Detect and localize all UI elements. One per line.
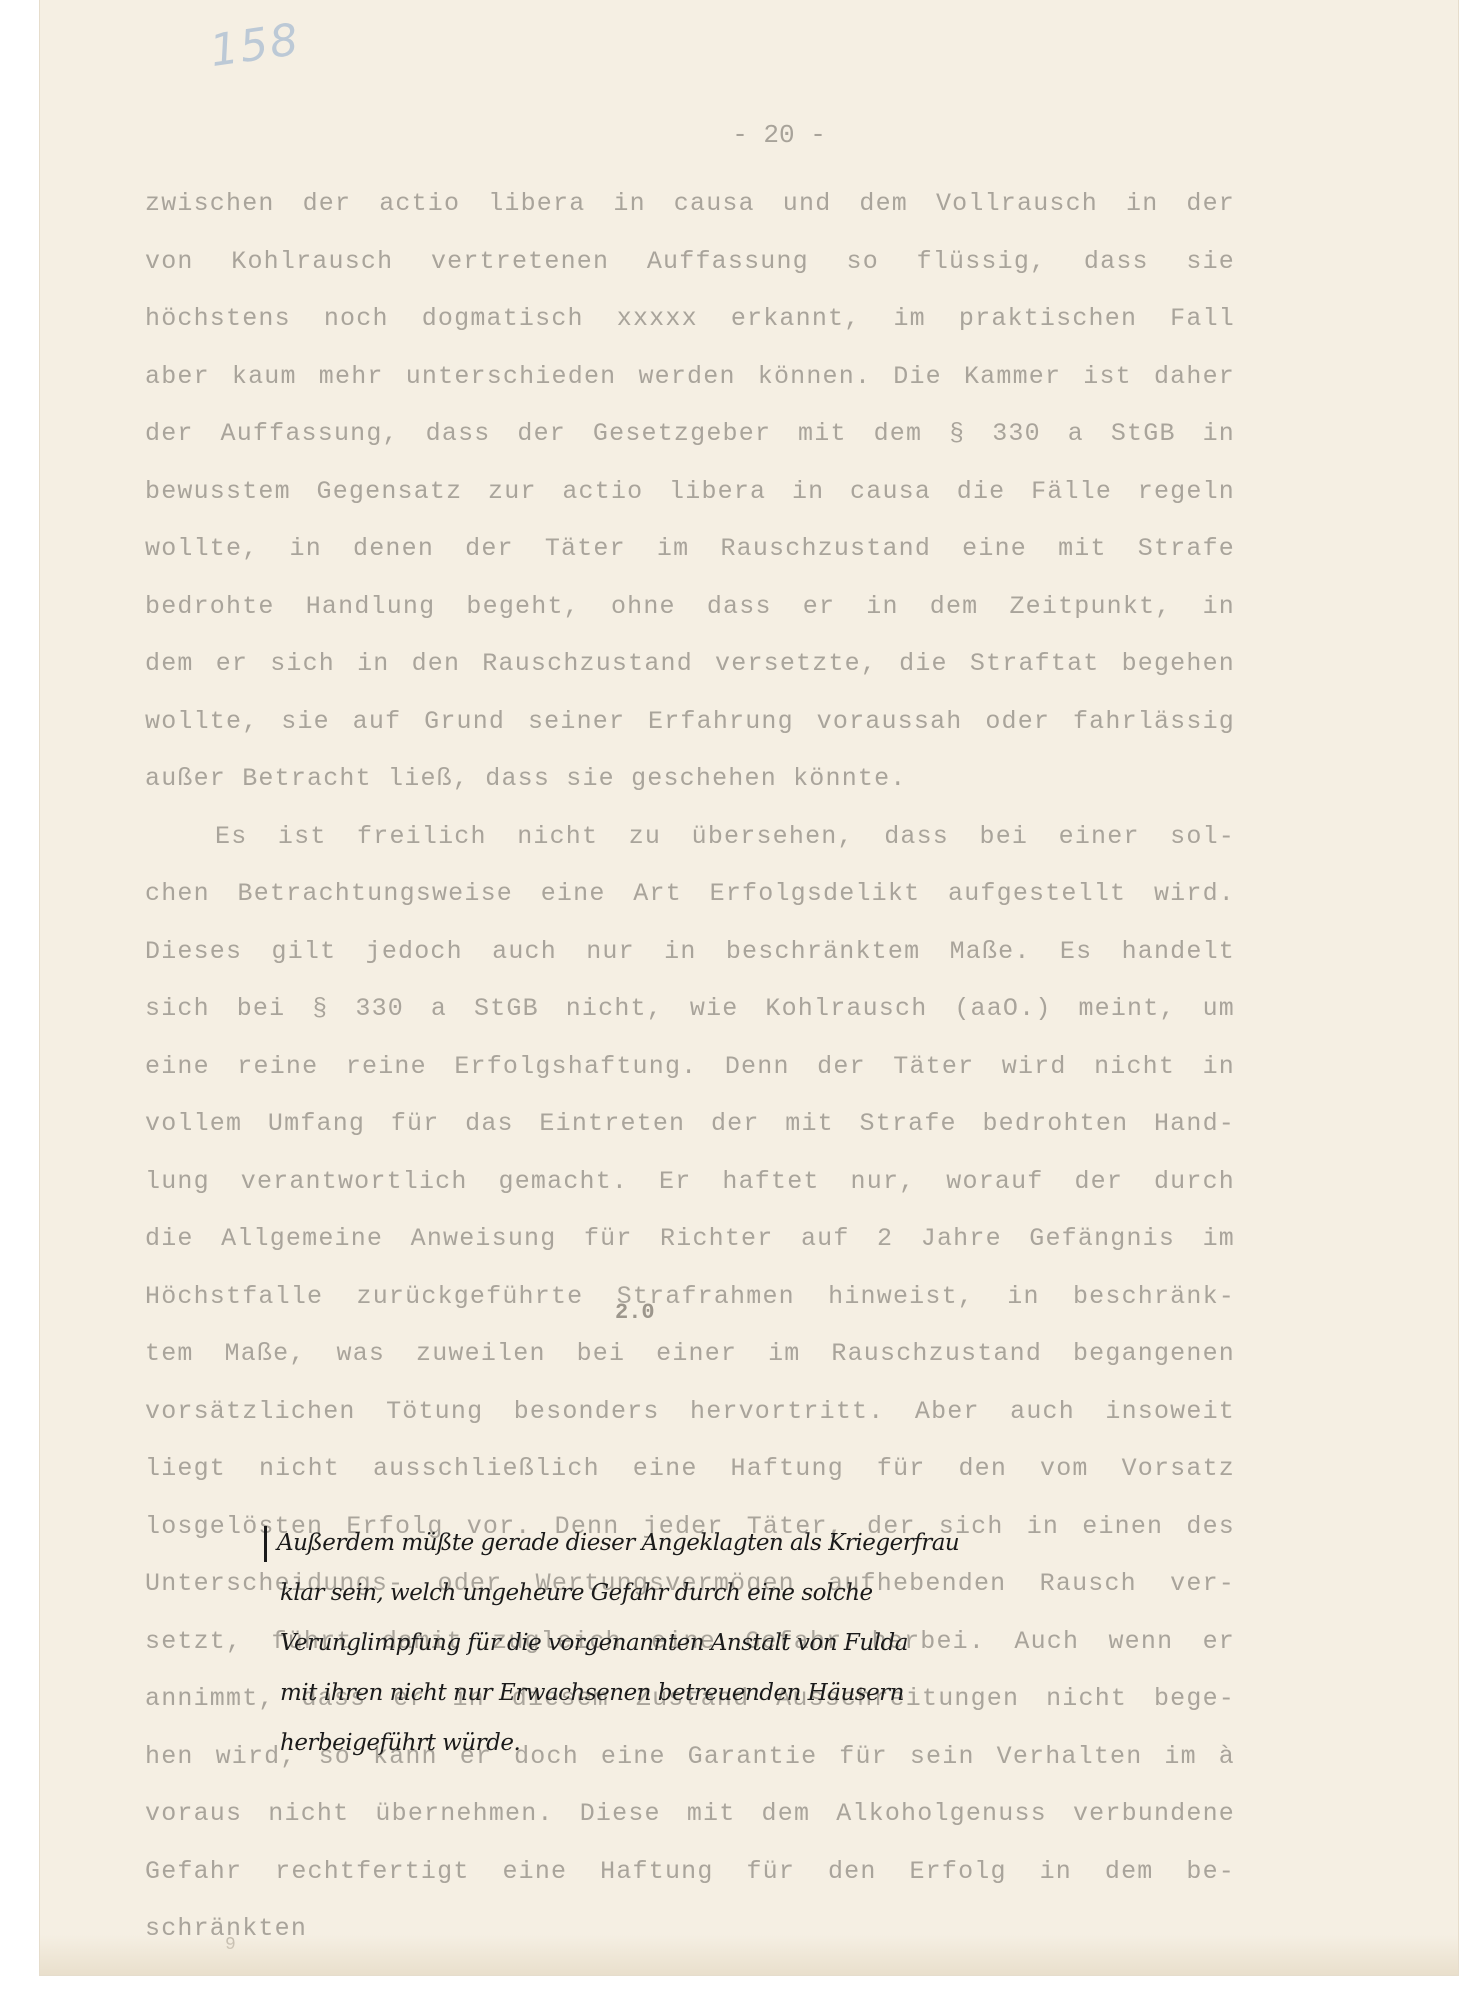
typed-line: tem Maße, was zuweilen bei einer im Raus… bbox=[145, 1325, 1235, 1383]
footer-mark: 9 bbox=[225, 1935, 236, 1955]
typed-line: wollte, in denen der Täter im Rauschzust… bbox=[145, 520, 1235, 578]
handwritten-line: Außerdem müßte gerade dieser Angeklagten… bbox=[280, 1518, 1260, 1568]
typed-line: eine reine reine Erfolgshaftung. Denn de… bbox=[145, 1038, 1235, 1096]
typed-line: Dieses gilt jedoch auch nur in beschränk… bbox=[145, 923, 1235, 981]
handwritten-note: Außerdem müßte gerade dieser Angeklagten… bbox=[280, 1518, 1260, 1768]
typed-line: Es ist freilich nicht zu übersehen, dass… bbox=[145, 808, 1235, 866]
typed-line: liegt nicht ausschließlich eine Haftung … bbox=[145, 1440, 1235, 1498]
typed-line: wollte, sie auf Grund seiner Erfahrung v… bbox=[145, 693, 1235, 751]
typed-line: der Auffassung, dass der Gesetzgeber mit… bbox=[145, 405, 1235, 463]
typed-line: sich bei § 330 a StGB nicht, wie Kohlrau… bbox=[145, 980, 1235, 1038]
handwritten-line: herbeigeführt würde. bbox=[280, 1718, 1260, 1768]
typed-line: Höchstfalle zurückgeführte Strafrahmen h… bbox=[145, 1268, 1235, 1326]
typed-line: zwischen der actio libera in causa und d… bbox=[145, 175, 1235, 233]
typed-line: lung verantwortlich gemacht. Er haftet n… bbox=[145, 1153, 1235, 1211]
typed-line: höchstens noch dogmatisch xxxxx erkannt,… bbox=[145, 290, 1235, 348]
typed-line: von Kohlrausch vertretenen Auffassung so… bbox=[145, 233, 1235, 291]
margin-annotation: 2.0 bbox=[615, 1300, 655, 1325]
typed-line: außer Betracht ließ, dass sie geschehen … bbox=[145, 750, 1235, 808]
typed-line: vorsätzlichen Tötung besonders hervortri… bbox=[145, 1383, 1235, 1441]
typed-line: bewusstem Gegensatz zur actio libera in … bbox=[145, 463, 1235, 521]
pencil-folio-number: 158 bbox=[207, 14, 303, 77]
typed-line: voraus nicht übernehmen. Diese mit dem A… bbox=[145, 1785, 1235, 1843]
handwritten-line: mit ihren nicht nur Erwachsenen betreuen… bbox=[280, 1668, 1260, 1718]
handwritten-line: Verunglimpfung für die vorgenannten Anst… bbox=[280, 1618, 1260, 1668]
typed-line: Gefahr rechtfertigt eine Haftung für den… bbox=[145, 1843, 1235, 1901]
typed-line: chen Betrachtungsweise eine Art Erfolgsd… bbox=[145, 865, 1235, 923]
typed-line: vollem Umfang für das Eintreten der mit … bbox=[145, 1095, 1235, 1153]
handwritten-line: klar sein, welch ungeheure Gefahr durch … bbox=[280, 1568, 1260, 1618]
typed-line-catchword: schränkten bbox=[145, 1900, 375, 1958]
typed-line: die Allgemeine Anweisung für Richter auf… bbox=[145, 1210, 1235, 1268]
page-number: - 20 - bbox=[40, 120, 1458, 150]
typed-line: aber kaum mehr unterschieden werden könn… bbox=[145, 348, 1235, 406]
document-page: 158 - 20 - zwischen der actio libera in … bbox=[40, 0, 1458, 1975]
typed-line: bedrohte Handlung begeht, ohne dass er i… bbox=[145, 578, 1235, 636]
typed-line: dem er sich in den Rauschzustand versetz… bbox=[145, 635, 1235, 693]
